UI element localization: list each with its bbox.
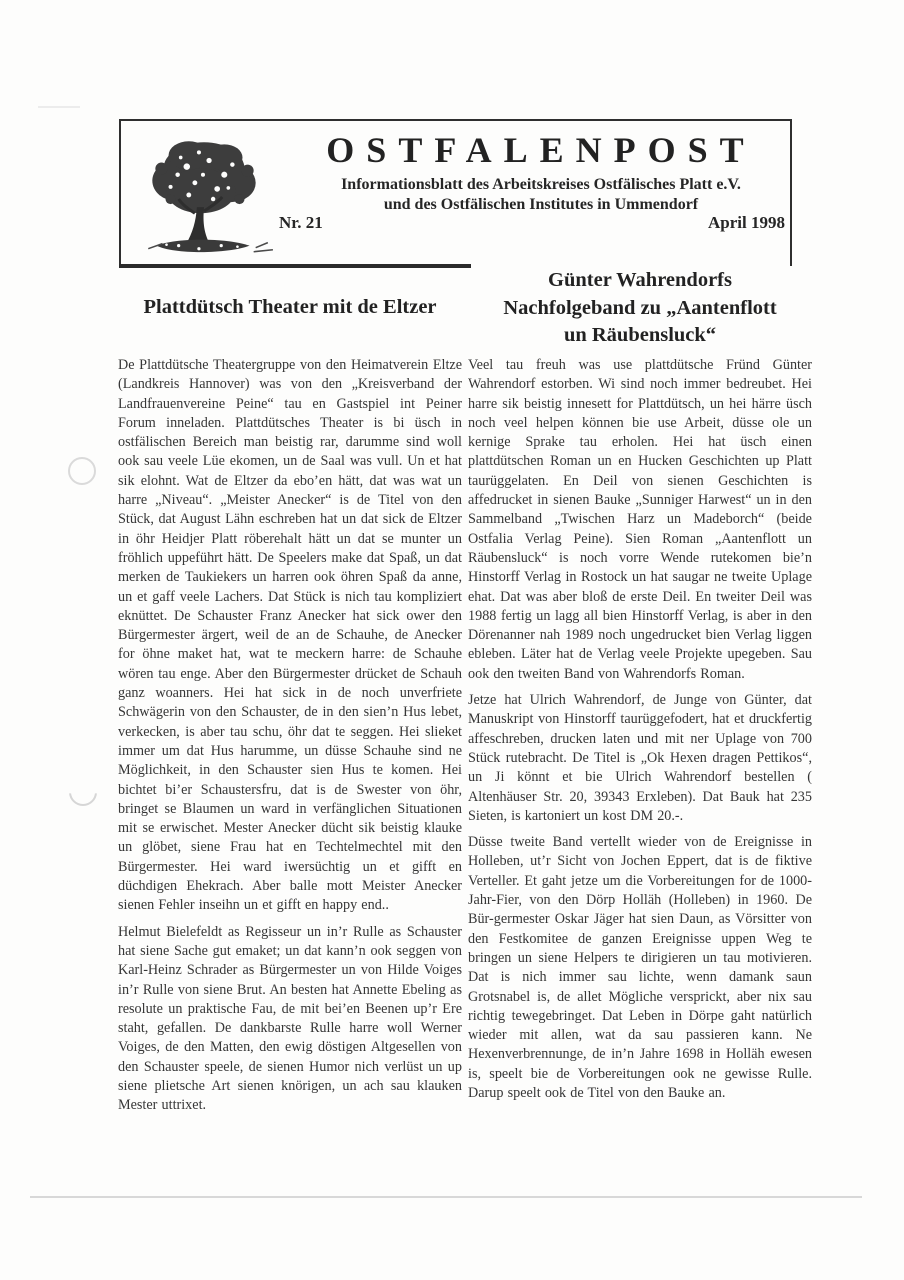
article-left-paragraph: Helmut Bielefeldt as Regisseur un in’r R… — [118, 923, 462, 1116]
masthead-bottom-rule — [119, 264, 471, 268]
article-right-headline-line2: Nachfolgeband zu „Aantenflott — [466, 295, 814, 323]
article-right-headline-line3: un Räubensluck“ — [466, 322, 814, 350]
article-left-column: De Plattdütsche Theatergruppe von den He… — [118, 356, 462, 1123]
newsletter-title: OSTFALENPOST — [295, 129, 787, 171]
article-left-paragraph: De Plattdütsche Theatergruppe von den He… — [118, 356, 462, 916]
newsletter-subtitle-line1: Informationsblatt des Arbeitskreises Ost… — [300, 176, 782, 194]
article-right-paragraph: Jetze hat Ulrich Wahrendorf, de Junge vo… — [468, 691, 812, 826]
tree-logo-icon — [128, 130, 280, 262]
article-right-headline: Günter Wahrendorfs Nachfolgeband zu „Aan… — [466, 267, 814, 350]
article-columns: De Plattdütsche Theatergruppe von den He… — [118, 356, 812, 1123]
article-right-column: Veel tau freuh was use plattdütsche Frün… — [468, 356, 812, 1123]
newsletter-subtitle-line2: und des Ostfälischen Institutes in Ummen… — [300, 196, 782, 214]
article-right-paragraph: Düsse tweite Band vertellt wieder von de… — [468, 833, 812, 1103]
issue-date: April 1998 — [597, 213, 785, 233]
scan-edge-line — [30, 1196, 862, 1198]
scan-smudge — [38, 106, 80, 108]
issue-number: Nr. 21 — [279, 213, 323, 233]
punch-hole-top — [68, 457, 96, 485]
article-left-headline: Plattdütsch Theater mit de Eltzer — [116, 296, 464, 319]
article-right-paragraph: Veel tau freuh was use plattdütsche Frün… — [468, 356, 812, 684]
punch-hole-bottom — [69, 778, 97, 806]
scanned-newsletter-page: OSTFALENPOST Informationsblatt des Arbei… — [0, 0, 904, 1280]
article-right-headline-line1: Günter Wahrendorfs — [466, 267, 814, 295]
